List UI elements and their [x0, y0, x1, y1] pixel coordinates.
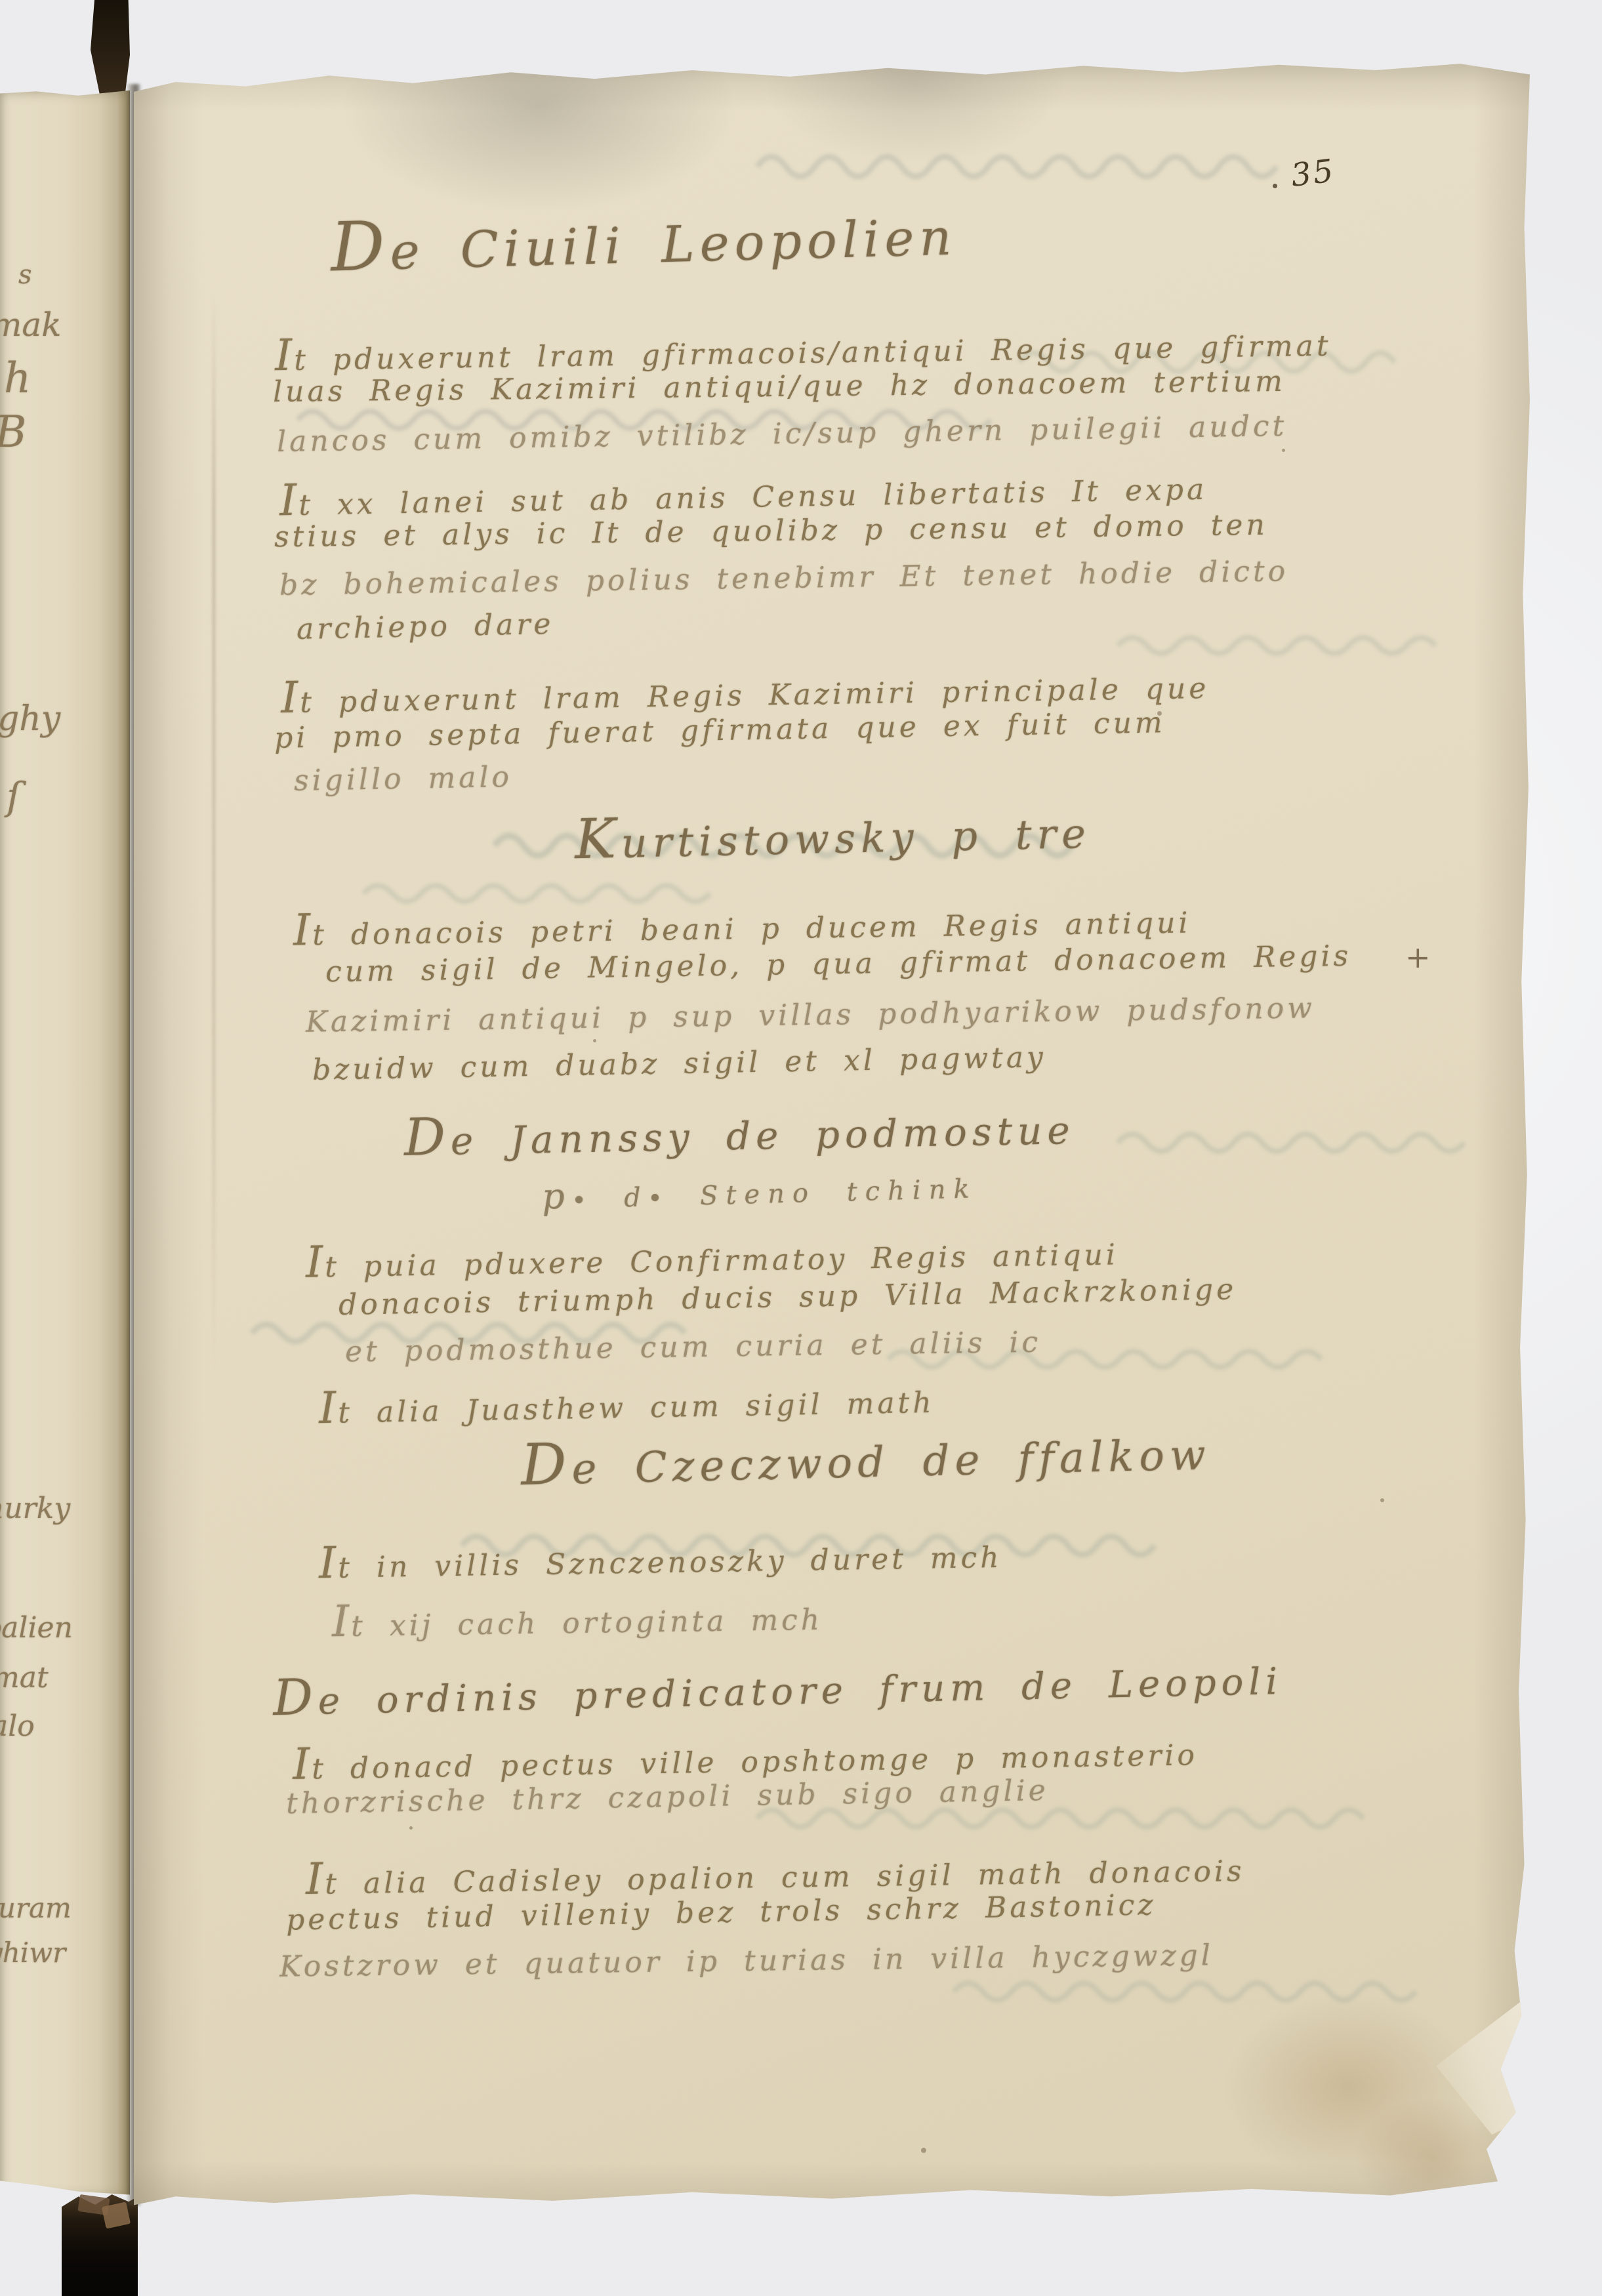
facing-text-fragment: s	[18, 260, 32, 290]
text-line: It xij cach ortoginta mch	[331, 1589, 823, 1647]
section-heading: De Jannssy de podmostue	[403, 1096, 1075, 1168]
text-line: bz bohemicales polius tenebimr Et tenet …	[279, 554, 1289, 602]
binding-strap-top	[91, 0, 130, 100]
facing-text-fragment: palien	[0, 1611, 73, 1645]
facing-text-fragment: hurky	[0, 1492, 70, 1525]
text-line: It alia Juasthew cum sigil math	[318, 1372, 935, 1433]
ink-dot	[1273, 184, 1277, 188]
manuscript-page: 35 De Ciuili Leopolien It pduxerunt lram…	[134, 55, 1530, 2209]
text-line: archiepo dare	[297, 607, 554, 646]
ink-speck	[1380, 1498, 1384, 1502]
facing-text-fragment: duram	[0, 1892, 72, 1924]
facing-text-fragment: ſ	[7, 774, 20, 819]
facing-text-fragment: ghy	[0, 699, 60, 739]
facing-page-edge: s mak h B ghy ſ hurky palien mat alo dur…	[0, 84, 130, 2204]
facing-text-fragment: h	[4, 354, 31, 403]
manuscript-scan: s mak h B ghy ſ hurky palien mat alo dur…	[0, 0, 1602, 2296]
section-subheading: p∙ d∙ Steno tchink	[541, 1164, 977, 1217]
text-line: lancos cum omibz vtilibz ic/sup ghern pu…	[277, 409, 1288, 459]
facing-text-fragment: mak	[0, 306, 62, 344]
text-line: et podmosthue cum curia et aliis ic	[345, 1326, 1042, 1369]
section-heading: De Czeczwod de ffalkow	[520, 1417, 1212, 1498]
ink-speck	[1157, 711, 1162, 716]
facing-text-fragment: mat	[0, 1661, 49, 1694]
text-line: sigillo malo	[294, 760, 513, 798]
folio-number: 35	[1289, 152, 1337, 194]
ink-speck	[921, 2148, 926, 2153]
section-heading: Kurtistowsky p tre	[574, 796, 1092, 871]
text-line: bzuidw cum duabz sigil et xl pagwtay	[312, 1040, 1047, 1087]
section-heading: De ordinis predicatore frum de Leopoli	[272, 1648, 1283, 1727]
facing-text-fragment: yhiwr	[0, 1937, 66, 1969]
ink-speck	[1282, 449, 1285, 452]
facing-text-fragment: B	[0, 407, 27, 457]
margin-cross-mark: +	[1405, 939, 1431, 975]
text-line: Kazimiri antiqui p sup villas podhyariko…	[306, 991, 1315, 1038]
ink-speck	[409, 1826, 413, 1830]
section-heading: De Ciuili Leopolien	[330, 193, 958, 287]
text-line: Kostzrow et quatuor ip turias in villa h…	[279, 1938, 1214, 1983]
facing-text-fragment: alo	[0, 1710, 35, 1743]
ink-speck	[593, 1039, 596, 1042]
fold-crease	[213, 291, 215, 1374]
text-line: It in villis Sznczenoszky duret mch	[318, 1527, 1002, 1588]
torn-corner-flap	[1434, 1992, 1534, 2135]
